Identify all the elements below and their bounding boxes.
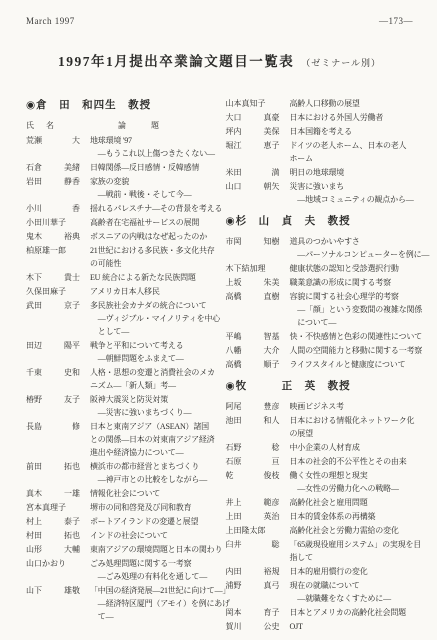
thesis-title-line: 高齢者在宅福祉サービスの展開: [90, 216, 214, 229]
thesis-title-line: 進出や経済協力について—: [90, 446, 214, 459]
thesis-title: 21世紀における多民族・多文化共存の可能性: [90, 244, 214, 270]
student-name: 村田拓也: [26, 529, 80, 542]
table-header: 氏 名論 題: [26, 119, 214, 132]
student-family-name: 岡本: [226, 606, 242, 619]
table-header-name: 氏 名: [26, 119, 80, 132]
thesis-title: 人格・思想の変遷と消費社会のメカニズム—「新人類」考—: [90, 366, 214, 392]
thesis-entry: 乾俊枝働く女性の理想と現実 —女性の労働力化への戦略—: [226, 469, 414, 495]
thesis-title-line: —戦前・戦後・そして今—: [90, 188, 214, 201]
student-given-name: 直樹: [264, 290, 280, 329]
student-given-name: 友子: [64, 393, 80, 419]
student-given-name: 順子: [264, 358, 280, 371]
thesis-title-line: 高齢化社会と労働力需給の変化: [290, 524, 414, 537]
page-number: —173—: [379, 16, 413, 26]
issue-date: March 1997: [26, 16, 75, 26]
thesis-entry: 前田拓也横浜市の都市経営とまちづくり —神戸市との比較をしながら—: [26, 460, 214, 486]
student-given-name: 美緒: [64, 161, 80, 174]
thesis-title-line: 「65歳現役雇用システム」の実現を目: [290, 538, 414, 551]
student-given-name: 京子: [64, 299, 80, 338]
thesis-entry: 坪内美保日本国籍を考える: [226, 125, 414, 138]
thesis-entry: 久保田麻子アメリカ日本人移民: [26, 285, 214, 298]
thesis-title: OJT: [290, 620, 414, 633]
thesis-entry: 荒瀬大地球環境 '97 —もうこれ以上傷つきたくない—: [26, 134, 214, 160]
student-name: 山口かおり: [26, 557, 80, 583]
student-name: 石野稔: [226, 441, 280, 454]
student-given-name: 満: [272, 166, 280, 179]
thesis-title-line: 日本における情報化ネットワーク化: [290, 414, 414, 427]
student-given-name: 雄敬: [64, 584, 80, 623]
thesis-title-line: について—: [290, 316, 414, 329]
student-name: 山本真知子: [226, 97, 280, 110]
thesis-title-line: ポートアイランドの変遷と展望: [90, 515, 214, 528]
student-family-name: 阿尾: [226, 400, 242, 413]
student-given-name: 稔: [272, 441, 280, 454]
student-family-name: 内田: [226, 565, 242, 578]
thesis-title-line: —パーソナルコンピューターを例に—: [290, 248, 414, 261]
thesis-title-line: ライフスタイルと健康度について: [290, 358, 414, 371]
student-family-name: 小川: [26, 202, 42, 215]
thesis-entry: 宮本真理子堺市の同和啓発及び同和教育: [26, 501, 214, 514]
thesis-title: 高齢化社会と雇用問題: [290, 496, 414, 509]
thesis-entry: 柏原雄一郎21世紀における多民族・多文化共存の可能性: [26, 244, 214, 270]
thesis-entry: 山本真知子高齢人口移動の展望: [226, 97, 414, 110]
student-family-name: 前田: [26, 460, 42, 486]
title-block: 1997年1月提出卒業論文題目一覧表（ゼミナール別）: [26, 50, 413, 71]
student-name: 山下雄敬: [26, 584, 80, 623]
thesis-entry: 村上泰子ポートアイランドの変遷と展望: [26, 515, 214, 528]
student-family-name: 米田: [226, 166, 242, 179]
content-columns: ◉倉 田 和四生 教授氏 名論 題荒瀬大地球環境 '97 —もうこれ以上傷つきた…: [26, 97, 413, 634]
thesis-title: 人間の空間能力と移動に関する一考察: [290, 344, 414, 357]
student-given-name: 拓也: [64, 460, 80, 486]
student-name: 石原亘: [226, 455, 280, 468]
student-family-name: 市岡: [226, 235, 242, 261]
student-given-name: 俊枝: [264, 469, 280, 495]
student-family-name: 石野: [226, 441, 242, 454]
student-name: 浦野真弓: [226, 579, 280, 605]
thesis-title-line: 揺れるパレスチナ—その背景を考える: [90, 202, 214, 215]
thesis-title-line: —経済特区厦門（アモイ）を例にあげ: [90, 597, 214, 610]
student-given-name: 和人: [264, 414, 280, 440]
thesis-title-line: インドの社会について: [90, 529, 214, 542]
thesis-entry: 鬼木裕典ボスニアの内戦はなぜ起ったのか: [26, 230, 214, 243]
thesis-title: 横浜市の都市経営とまちづくり —神戸市との比較をしながら—: [90, 460, 214, 486]
thesis-title: 映画ビジネス考: [290, 400, 414, 413]
student-name: 坪内美保: [226, 125, 280, 138]
student-family-name: 臼井: [226, 538, 242, 564]
thesis-title: 日本と東南アジア（ASEAN）諸国との関係—日本の対東南アジア経済進出や経済協力…: [90, 420, 214, 459]
student-name: 木下貴士: [26, 271, 80, 284]
student-given-name: 史和: [64, 366, 80, 392]
thesis-entry: 椿野友子阪神大震災と防災対策 —災害に強いまちづくり—: [26, 393, 214, 419]
thesis-title: 阪神大震災と防災対策 —災害に強いまちづくり—: [90, 393, 214, 419]
student-family-name: 堀江: [226, 139, 242, 165]
thesis-entry: 石倉美緒日韓関係—反日感情・反韓感情: [26, 161, 214, 174]
thesis-title-line: 日本とアメリカの高齢化社会問題: [290, 606, 414, 619]
student-given-name: 育子: [264, 606, 280, 619]
thesis-title-line: 高齢化社会と雇用問題: [290, 496, 414, 509]
student-name: 小川香: [26, 202, 80, 215]
thesis-title-line: との関係—日本の対東南アジア経済: [90, 433, 214, 446]
thesis-title-line: の展望: [290, 427, 414, 440]
thesis-title-line: の可能性: [90, 257, 214, 270]
thesis-title-line: 家族の変貌: [90, 175, 214, 188]
thesis-title: 容貌に関する社会心理学的考察 —「顔」という変数間の複雑な関係 について—: [290, 290, 414, 329]
student-name: 阿尾豊彦: [226, 400, 280, 413]
student-name: 井上範彦: [226, 496, 280, 509]
thesis-title: 快・不快感情と色彩の関連性について: [290, 330, 414, 343]
student-name: 前田拓也: [26, 460, 80, 486]
thesis-title: ごみ処理問題に関する一考察 —ごみ処理の有料化を通して—: [90, 557, 214, 583]
thesis-entry: 山口かおりごみ処理問題に関する一考察 —ごみ処理の有料化を通して—: [26, 557, 214, 583]
thesis-title-line: 道具のつかいやすさ: [290, 235, 414, 248]
thesis-title-line: ニズム—「新人類」考—: [90, 379, 214, 392]
thesis-title: 「中国の経済発展—21世紀に向けて—」 —経済特区厦門（アモイ）を例にあげ て—: [90, 584, 214, 623]
student-given-name: 知樹: [264, 235, 280, 261]
thesis-title: 日本的雇用慣行の変化: [290, 565, 414, 578]
student-name: 小田川華子: [26, 216, 80, 229]
thesis-entry: 大口真豪日本における外国人労働者: [226, 111, 414, 124]
thesis-title-line: 明日の地球環境: [290, 166, 414, 179]
student-family-name: 田辺: [26, 339, 42, 365]
student-family-name: 乾: [226, 469, 234, 495]
thesis-entry: 賀川公史OJT: [226, 620, 414, 633]
thesis-title: 「65歳現役雇用システム」の実現を目指して: [290, 538, 414, 564]
thesis-title: 高齢化社会と労働力需給の変化: [290, 524, 414, 537]
student-family-name: 岩田: [26, 175, 42, 201]
thesis-title-line: 災害に強いまち: [290, 180, 414, 193]
student-family-name: 大口: [226, 111, 242, 124]
student-given-name: 裕規: [264, 565, 280, 578]
student-name: 岩田静香: [26, 175, 80, 201]
thesis-entry: 村田拓也インドの社会について: [26, 529, 214, 542]
thesis-title: 高齢者在宅福祉サービスの展開: [90, 216, 214, 229]
student-family-name: 村上: [26, 515, 42, 528]
student-family-name: 荒瀬: [26, 134, 42, 160]
thesis-title-line: 横浜市の都市経営とまちづくり: [90, 460, 214, 473]
student-name: 石倉美緒: [26, 161, 80, 174]
thesis-title: ボスニアの内戦はなぜ起ったのか: [90, 230, 214, 243]
student-name: 池田和人: [226, 414, 280, 440]
student-given-name: 一雄: [64, 487, 80, 500]
student-name: 堀江恵子: [226, 139, 280, 165]
thesis-entry: 山下雄敬「中国の経済発展—21世紀に向けて—」 —経済特区厦門（アモイ）を例にあ…: [26, 584, 214, 623]
thesis-entry: 高橋直樹容貌に関する社会心理学的考察 —「顔」という変数間の複雑な関係 について…: [226, 290, 414, 329]
thesis-title-line: —ヴィジブル・マイノリティを中心: [90, 312, 214, 325]
student-family-name: 池田: [226, 414, 242, 440]
student-given-name: 恵子: [264, 139, 280, 165]
student-name: 大口真豪: [226, 111, 280, 124]
student-name: 平嶋智基: [226, 330, 280, 343]
thesis-title: インドの社会について: [90, 529, 214, 542]
thesis-title-line: —神戸市との比較をしながら—: [90, 473, 214, 486]
student-family-name: 高橋: [226, 290, 242, 329]
student-family-name: 長島: [26, 420, 42, 459]
thesis-title-line: ごみ処理問題に関する一考察: [90, 557, 214, 570]
student-given-name: 真豪: [264, 111, 280, 124]
student-name: 米田満: [226, 166, 280, 179]
seminar-heading: ◉倉 田 和四生 教授: [26, 97, 214, 112]
student-name: 荒瀬大: [26, 134, 80, 160]
thesis-title-line: 日本における外国人労働者: [290, 111, 414, 124]
student-family-name: 山口: [226, 180, 242, 206]
thesis-title-line: 現在の就職について: [290, 579, 414, 592]
thesis-title-line: ボスニアの内戦はなぜ起ったのか: [90, 230, 214, 243]
thesis-title-line: —災害に強いまちづくり—: [90, 406, 214, 419]
thesis-entry: 石原亘日本の社会的不公平性とその由来: [226, 455, 414, 468]
student-family-name: 山形: [26, 543, 42, 556]
student-given-name: 裕典: [64, 230, 80, 243]
thesis-title: 日本における情報化ネットワーク化の展望: [290, 414, 414, 440]
student-given-name: 真弓: [264, 579, 280, 605]
thesis-entry: 長島修日本と東南アジア（ASEAN）諸国との関係—日本の対東南アジア経済進出や経…: [26, 420, 214, 459]
thesis-title-line: EU 統合による新たな民族問題: [90, 271, 214, 284]
thesis-entry: 浦野真弓現在の就職について —就職難をなくすために—: [226, 579, 414, 605]
student-name: 乾俊枝: [226, 469, 280, 495]
student-given-name: 朱美: [264, 276, 280, 289]
student-given-name: 静香: [64, 175, 80, 201]
thesis-title: EU 統合による新たな民族問題: [90, 271, 214, 284]
thesis-entry: 真木一雄情報化社会について: [26, 487, 214, 500]
student-family-name: 千東: [26, 366, 42, 392]
thesis-title-line: 多民族社会カナダの統合について: [90, 299, 214, 312]
student-name: 上坂朱美: [226, 276, 280, 289]
thesis-entry: 高橋順子ライフスタイルと健康度について: [226, 358, 414, 371]
thesis-entry: 市岡知樹道具のつかいやすさ —パーソナルコンピューターを例に—: [226, 235, 414, 261]
thesis-title-line: —地域コミュニティの観点から—: [290, 193, 414, 206]
student-name: 市岡知樹: [226, 235, 280, 261]
thesis-title: 災害に強いまち —地域コミュニティの観点から—: [290, 180, 414, 206]
thesis-entry: 山形大輔東南アジアの環境問題と日本の関わり: [26, 543, 214, 556]
thesis-title: 高齢人口移動の展望: [290, 97, 414, 110]
student-name: 山形大輔: [26, 543, 80, 556]
thesis-title-line: OJT: [290, 620, 414, 633]
thesis-title: 日本における外国人労働者: [290, 111, 414, 124]
student-given-name: 聡: [272, 538, 280, 564]
student-family-name: 浦野: [226, 579, 242, 605]
thesis-title-line: 阪神大震災と防災対策: [90, 393, 214, 406]
thesis-title-line: —朝鮮問題をふまえて—: [90, 352, 214, 365]
student-given-name: 英治: [264, 510, 280, 523]
thesis-title-line: 健康状態の認知と受診選択行動: [290, 262, 414, 275]
student-family-name: 石倉: [26, 161, 42, 174]
thesis-entry: 上坂朱美職業意識の形成に関する考察: [226, 276, 414, 289]
student-given-name: 豊彦: [264, 400, 280, 413]
thesis-title: 健康状態の認知と受診選択行動: [290, 262, 414, 275]
student-given-name: 修: [72, 420, 80, 459]
thesis-entry: 千東史和人格・思想の変遷と消費社会のメカニズム—「新人類」考—: [26, 366, 214, 392]
thesis-entry: 井上範彦高齢化社会と雇用問題: [226, 496, 414, 509]
thesis-entry: 臼井聡「65歳現役雇用システム」の実現を目指して: [226, 538, 414, 564]
student-given-name: 陽平: [64, 339, 80, 365]
student-family-name: 真木: [26, 487, 42, 500]
thesis-entry: 上田英治日本的賃金体系の再構築: [226, 510, 414, 523]
thesis-title: 堺市の同和啓発及び同和教育: [90, 501, 214, 514]
student-name: 真木一雄: [26, 487, 80, 500]
thesis-title-line: 「中国の経済発展—21世紀に向けて—」: [90, 584, 214, 597]
student-given-name: 大介: [264, 344, 280, 357]
student-name: 八幡大介: [226, 344, 280, 357]
thesis-title: 地球環境 '97 —もうこれ以上傷つきたくない—: [90, 134, 214, 160]
thesis-title-line: 日韓関係—反日感情・反韓感情: [90, 161, 214, 174]
thesis-entry: 岡本育子日本とアメリカの高齢化社会問題: [226, 606, 414, 619]
student-family-name: 山下: [26, 584, 42, 623]
thesis-title-line: 中小企業の人材育成: [290, 441, 414, 454]
thesis-title-line: —ごみ処理の有料化を通して—: [90, 570, 214, 583]
thesis-entry: 木下貴士EU 統合による新たな民族問題: [26, 271, 214, 284]
thesis-title-line: 日本の社会的不公平性とその由来: [290, 455, 414, 468]
thesis-title: ポートアイランドの変遷と展望: [90, 515, 214, 528]
student-given-name: 智基: [264, 330, 280, 343]
thesis-title-line: として—: [90, 325, 214, 338]
thesis-title-line: 指して: [290, 551, 414, 564]
thesis-title: 職業意識の形成に関する考察: [290, 276, 414, 289]
student-name: 椿野友子: [26, 393, 80, 419]
thesis-title: 中小企業の人材育成: [290, 441, 414, 454]
student-family-name: 鬼木: [26, 230, 42, 243]
thesis-title: ライフスタイルと健康度について: [290, 358, 414, 371]
student-family-name: 上坂: [226, 276, 242, 289]
thesis-title-line: 職業意識の形成に関する考察: [290, 276, 414, 289]
student-family-name: 石原: [226, 455, 242, 468]
thesis-title-line: 情報化社会について: [90, 487, 214, 500]
thesis-title-line: 働く女性の理想と現実: [290, 469, 414, 482]
student-family-name: 八幡: [226, 344, 242, 357]
student-given-name: 美保: [264, 125, 280, 138]
seminar-heading: ◉牧 正 英 教授: [226, 378, 414, 393]
student-name: 村上泰子: [26, 515, 80, 528]
thesis-title: 日本とアメリカの高齢化社会問題: [290, 606, 414, 619]
student-given-name: 拓也: [64, 529, 80, 542]
student-name: 久保田麻子: [26, 285, 80, 298]
student-name: 内田裕規: [226, 565, 280, 578]
thesis-entry: 池田和人日本における情報化ネットワーク化の展望: [226, 414, 414, 440]
thesis-title-line: 人間の空間能力と移動に関する一考察: [290, 344, 414, 357]
student-given-name: 貴士: [64, 271, 80, 284]
thesis-entry: 米田満明日の地球環境: [226, 166, 414, 179]
student-family-name: 高橋: [226, 358, 242, 371]
thesis-entry: 石野稔中小企業の人材育成: [226, 441, 414, 454]
student-name: 岡本育子: [226, 606, 280, 619]
thesis-entry: 内田裕規日本的雇用慣行の変化: [226, 565, 414, 578]
thesis-title-line: 日本的雇用慣行の変化: [290, 565, 414, 578]
thesis-entry: 武田京子多民族社会カナダの統合について —ヴィジブル・マイノリティを中心 として…: [26, 299, 214, 338]
thesis-title-line: 日本と東南アジア（ASEAN）諸国: [90, 420, 214, 433]
student-given-name: 泰子: [64, 515, 80, 528]
thesis-title: 日韓関係—反日感情・反韓感情: [90, 161, 214, 174]
thesis-entry: 八幡大介人間の空間能力と移動に関する一考察: [226, 344, 414, 357]
student-name: 高橋順子: [226, 358, 280, 371]
student-family-name: 椿野: [26, 393, 42, 419]
student-family-name: 坪内: [226, 125, 242, 138]
thesis-title-line: 堺市の同和啓発及び同和教育: [90, 501, 214, 514]
thesis-entry: 堀江恵子ドイツの老人ホーム、日本の老人ホーム: [226, 139, 414, 165]
thesis-title-line: 高齢人口移動の展望: [290, 97, 414, 110]
thesis-title-line: 戦争と平和について考える: [90, 339, 214, 352]
student-name: 田辺陽平: [26, 339, 80, 365]
thesis-title: 情報化社会について: [90, 487, 214, 500]
thesis-title-line: 東南アジアの環境問題と日本の関わり: [90, 543, 214, 556]
page-title-suffix: （ゼミナール別）: [301, 58, 381, 68]
student-name: 長島修: [26, 420, 80, 459]
student-name: 木下結加理: [226, 262, 280, 275]
thesis-title-line: —女性の労働力化への戦略—: [290, 482, 414, 495]
student-family-name: 平嶋: [226, 330, 242, 343]
thesis-title-line: ホーム: [290, 152, 414, 165]
seminar-heading: ◉杉 山 貞 夫 教授: [226, 213, 414, 228]
student-name: 鬼木裕典: [26, 230, 80, 243]
thesis-title: 日本国籍を考える: [290, 125, 414, 138]
thesis-title-line: 地球環境 '97: [90, 134, 214, 147]
student-name: 宮本真理子: [26, 501, 80, 514]
student-given-name: 大輔: [64, 543, 80, 556]
student-family-name: 井上: [226, 496, 242, 509]
left-column: ◉倉 田 和四生 教授氏 名論 題荒瀬大地球環境 '97 —もうこれ以上傷つきた…: [26, 97, 214, 634]
student-name: 上田隆太郎: [226, 524, 280, 537]
student-family-name: 上田: [226, 510, 242, 523]
student-family-name: 武田: [26, 299, 42, 338]
student-name: 千東史和: [26, 366, 80, 392]
student-name: 柏原雄一郎: [26, 244, 80, 270]
student-family-name: 木下: [26, 271, 42, 284]
thesis-title: 戦争と平和について考える —朝鮮問題をふまえて—: [90, 339, 214, 365]
thesis-entry: 山口朝矢災害に強いまち —地域コミュニティの観点から—: [226, 180, 414, 206]
thesis-title: 揺れるパレスチナ—その背景を考える: [90, 202, 214, 215]
thesis-title-line: ドイツの老人ホーム、日本の老人: [290, 139, 414, 152]
thesis-entry: 田辺陽平戦争と平和について考える —朝鮮問題をふまえて—: [26, 339, 214, 365]
student-given-name: 亘: [272, 455, 280, 468]
document-page: March 1997 —173— 1997年1月提出卒業論文題目一覧表（ゼミナー…: [0, 0, 437, 640]
student-given-name: 大: [72, 134, 80, 160]
student-name: 高橋直樹: [226, 290, 280, 329]
thesis-title-line: て—: [90, 610, 214, 623]
thesis-title-line: 容貌に関する社会心理学的考察: [290, 290, 414, 303]
thesis-title: 多民族社会カナダの統合について —ヴィジブル・マイノリティを中心 として—: [90, 299, 214, 338]
thesis-entry: 木下結加理健康状態の認知と受診選択行動: [226, 262, 414, 275]
thesis-title: ドイツの老人ホーム、日本の老人ホーム: [290, 139, 414, 165]
thesis-title: 現在の就職について —就職難をなくすために—: [290, 579, 414, 605]
thesis-title-line: 日本的賃金体系の再構築: [290, 510, 414, 523]
thesis-title: 東南アジアの環境問題と日本の関わり: [90, 543, 214, 556]
student-name: 上田英治: [226, 510, 280, 523]
thesis-title-line: —就職難をなくすために—: [290, 592, 414, 605]
student-given-name: 範彦: [264, 496, 280, 509]
student-name: 臼井聡: [226, 538, 280, 564]
thesis-title-line: アメリカ日本人移民: [90, 285, 214, 298]
table-header-title: 論 題: [90, 119, 214, 132]
thesis-title-line: —「顔」という変数間の複雑な関係: [290, 303, 414, 316]
thesis-title-line: 人格・思想の変遷と消費社会のメカ: [90, 366, 214, 379]
thesis-title: 働く女性の理想と現実 —女性の労働力化への戦略—: [290, 469, 414, 495]
thesis-entry: 上田隆太郎高齢化社会と労働力需給の変化: [226, 524, 414, 537]
student-name: 武田京子: [26, 299, 80, 338]
student-name: 賀川公史: [226, 620, 280, 633]
thesis-title: 日本的賃金体系の再構築: [290, 510, 414, 523]
thesis-entry: 小川香揺れるパレスチナ—その背景を考える: [26, 202, 214, 215]
thesis-entry: 岩田静香家族の変貌 —戦前・戦後・そして今—: [26, 175, 214, 201]
thesis-entry: 平嶋智基快・不快感情と色彩の関連性について: [226, 330, 414, 343]
thesis-title: アメリカ日本人移民: [90, 285, 214, 298]
right-column: 山本真知子高齢人口移動の展望大口真豪日本における外国人労働者坪内美保日本国籍を考…: [226, 97, 414, 634]
thesis-entry: 小田川華子高齢者在宅福祉サービスの展開: [26, 216, 214, 229]
thesis-title-line: 映画ビジネス考: [290, 400, 414, 413]
thesis-title-line: 快・不快感情と色彩の関連性について: [290, 330, 414, 343]
thesis-entry: 阿尾豊彦映画ビジネス考: [226, 400, 414, 413]
thesis-title-line: 21世紀における多民族・多文化共存: [90, 244, 214, 257]
page-title: 1997年1月提出卒業論文題目一覧表: [58, 54, 294, 69]
thesis-title-line: —もうこれ以上傷つきたくない—: [90, 147, 214, 160]
thesis-title: 日本の社会的不公平性とその由来: [290, 455, 414, 468]
